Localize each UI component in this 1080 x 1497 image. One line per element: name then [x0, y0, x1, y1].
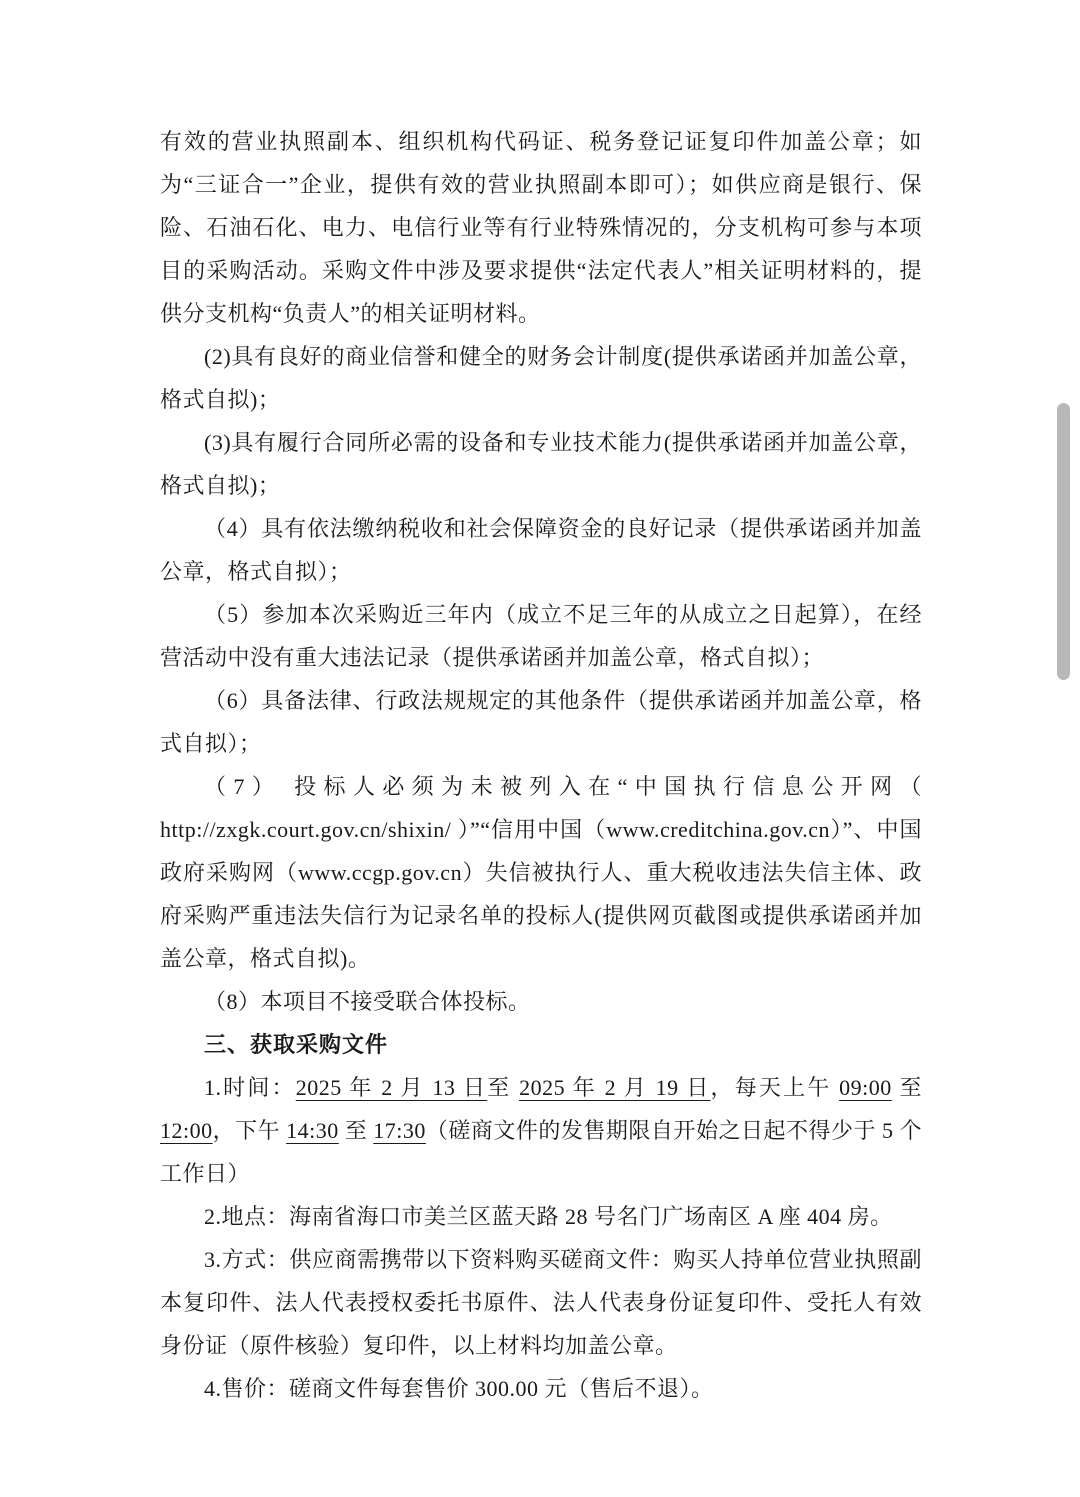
para-time: 1.时间：2025 年 2 月 13 日至 2025 年 2 月 19 日，每天…: [160, 1066, 922, 1195]
para-item-3: (3)具有履行合同所必需的设备和专业技术能力(提供承诺函并加盖公章，格式自拟)；: [160, 421, 922, 507]
underlined-text: 12:00: [160, 1118, 213, 1143]
para-item-6: （6）具备法律、行政法规规定的其他条件（提供承诺函并加盖公章，格式自拟）；: [160, 679, 922, 765]
text-run: 3.方式：供应商需携带以下资料购买磋商文件：购买人持单位营业执照副本复印件、法人…: [160, 1247, 922, 1358]
text-run: 至: [892, 1075, 922, 1100]
document-content: 有效的营业执照副本、组织机构代码证、税务登记证复印件加盖公章；如为“三证合一”企…: [160, 120, 922, 1410]
para-price: 4.售价：磋商文件每套售价 300.00 元（售后不退）。: [160, 1367, 922, 1410]
para-item-8: （8）本项目不接受联合体投标。: [160, 980, 922, 1023]
para-item-4: （4）具有依法缴纳税收和社会保障资金的良好记录（提供承诺函并加盖公章，格式自拟）…: [160, 507, 922, 593]
text-run: 三、获取采购文件: [204, 1032, 388, 1057]
underlined-text: 17:30: [373, 1118, 426, 1143]
text-run: 2.地点：海南省海口市美兰区蓝天路 28 号名门广场南区 A 座 404 房。: [204, 1204, 893, 1229]
underlined-text: 14:30: [286, 1118, 339, 1143]
text-run: （7） 投标人必须为未被列入在“中国执行信息公开网（ http://zxgk.c…: [160, 774, 922, 971]
para-item-5: （5）参加本次采购近三年内（成立不足三年的从成立之日起算），在经营活动中没有重大…: [160, 593, 922, 679]
text-run: 至: [487, 1075, 519, 1100]
text-run: （8）本项目不接受联合体投标。: [204, 989, 531, 1014]
para-item-2: (2)具有良好的商业信誉和健全的财务会计制度(提供承诺函并加盖公章，格式自拟)；: [160, 335, 922, 421]
para-item-7: （7） 投标人必须为未被列入在“中国执行信息公开网（ http://zxgk.c…: [160, 765, 922, 980]
text-run: 有效的营业执照副本、组织机构代码证、税务登记证复印件加盖公章；如为“三证合一”企…: [160, 129, 922, 326]
document-page: 有效的营业执照副本、组织机构代码证、税务登记证复印件加盖公章；如为“三证合一”企…: [0, 0, 1080, 1497]
scrollbar-thumb[interactable]: [1057, 403, 1070, 680]
text-run: (2)具有良好的商业信誉和健全的财务会计制度(提供承诺函并加盖公章，格式自拟)；: [160, 344, 922, 412]
text-run: 4.售价：磋商文件每套售价 300.00 元（售后不退）。: [204, 1376, 714, 1401]
text-run: (3)具有履行合同所必需的设备和专业技术能力(提供承诺函并加盖公章，格式自拟)；: [160, 430, 922, 498]
text-run: ，每天上午: [711, 1075, 840, 1100]
text-run: （4）具有依法缴纳税收和社会保障资金的良好记录（提供承诺函并加盖公章，格式自拟）…: [160, 516, 922, 584]
text-run: （6）具备法律、行政法规规定的其他条件（提供承诺函并加盖公章，格式自拟）；: [160, 688, 922, 756]
underlined-text: 09:00: [839, 1075, 892, 1100]
para-qualification-continued: 有效的营业执照副本、组织机构代码证、税务登记证复印件加盖公章；如为“三证合一”企…: [160, 120, 922, 335]
para-location: 2.地点：海南省海口市美兰区蓝天路 28 号名门广场南区 A 座 404 房。: [160, 1195, 922, 1238]
para-section-heading: 三、获取采购文件: [160, 1023, 922, 1066]
text-run: ，下午: [213, 1118, 287, 1143]
text-run: 至: [339, 1118, 374, 1143]
text-run: （5）参加本次采购近三年内（成立不足三年的从成立之日起算），在经营活动中没有重大…: [160, 602, 922, 670]
para-method: 3.方式：供应商需携带以下资料购买磋商文件：购买人持单位营业执照副本复印件、法人…: [160, 1238, 922, 1367]
underlined-text: 2025 年 2 月 13 日: [296, 1075, 487, 1100]
text-run: 1.时间：: [204, 1075, 296, 1100]
underlined-text: 2025 年 2 月 19 日: [519, 1075, 710, 1100]
